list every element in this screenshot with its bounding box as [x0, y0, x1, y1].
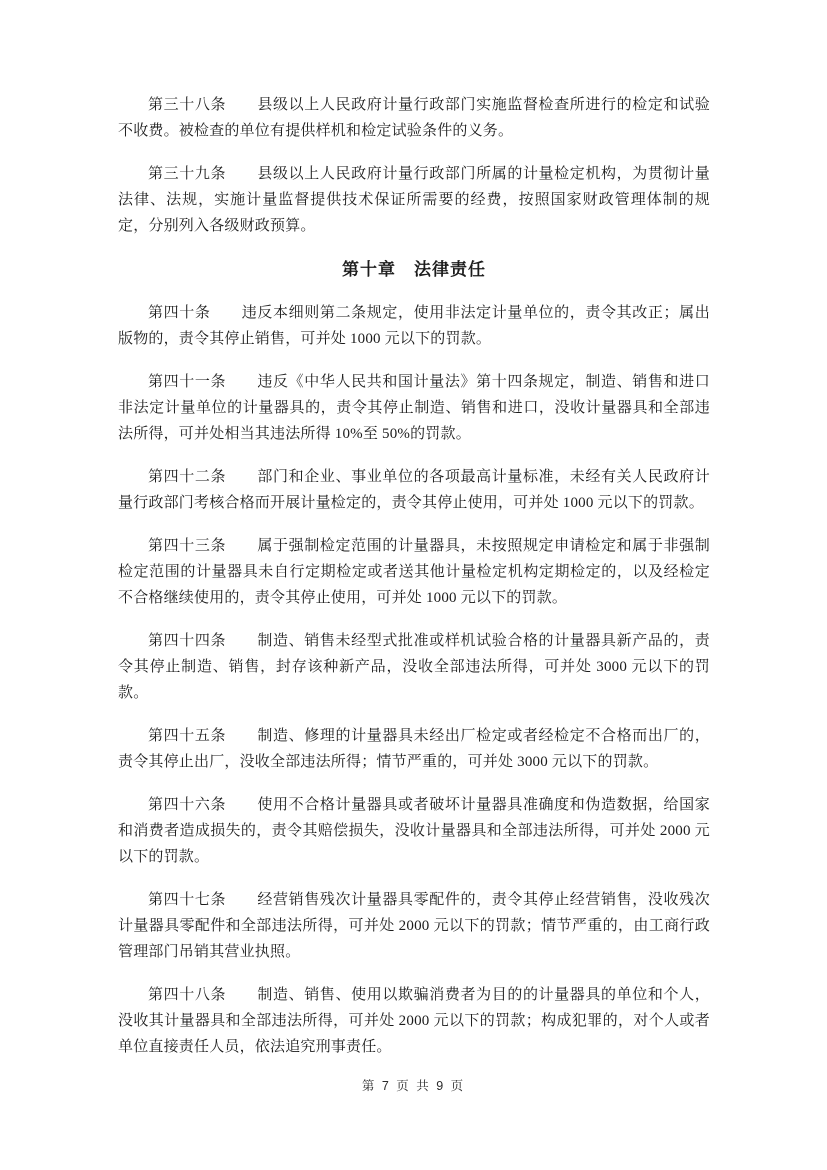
- article-40: 第四十条 违反本细则第二条规定，使用非法定计量单位的，责令其改正；属出版物的，责…: [118, 300, 710, 352]
- page-number: 第 7 页 共 9 页: [0, 1076, 827, 1094]
- article-48: 第四十八条 制造、销售、使用以欺骗消费者为目的的计量器具的单位和个人，没收其计量…: [118, 982, 710, 1060]
- article-39: 第三十九条 县级以上人民政府计量行政部门所属的计量检定机构，为贯彻计量法律、法规…: [118, 161, 710, 239]
- document-body: 第三十八条 县级以上人民政府计量行政部门实施监督检查所进行的检定和试验不收费。被…: [0, 0, 827, 1060]
- article-42: 第四十二条 部门和企业、事业单位的各项最高计量标准，未经有关人民政府计量行政部门…: [118, 464, 710, 516]
- article-46: 第四十六条 使用不合格计量器具或者破坏计量器具准确度和伪造数据，给国家和消费者造…: [118, 792, 710, 870]
- article-45: 第四十五条 制造、修理的计量器具未经出厂检定或者经检定不合格而出厂的，责令其停止…: [118, 723, 710, 775]
- document-page: 第三十八条 县级以上人民政府计量行政部门实施监督检查所进行的检定和试验不收费。被…: [0, 0, 827, 1170]
- chapter-10-heading: 第十章 法律责任: [118, 256, 710, 284]
- article-47: 第四十七条 经营销售残次计量器具零配件的，责令其停止经营销售，没收残次计量器具零…: [118, 887, 710, 965]
- article-43: 第四十三条 属于强制检定范围的计量器具，未按照规定申请检定和属于非强制检定范围的…: [118, 533, 710, 611]
- article-38: 第三十八条 县级以上人民政府计量行政部门实施监督检查所进行的检定和试验不收费。被…: [118, 92, 710, 144]
- article-41: 第四十一条 违反《中华人民共和国计量法》第十四条规定，制造、销售和进口非法定计量…: [118, 369, 710, 447]
- article-44: 第四十四条 制造、销售未经型式批准或样机试验合格的计量器具新产品的，责令其停止制…: [118, 628, 710, 706]
